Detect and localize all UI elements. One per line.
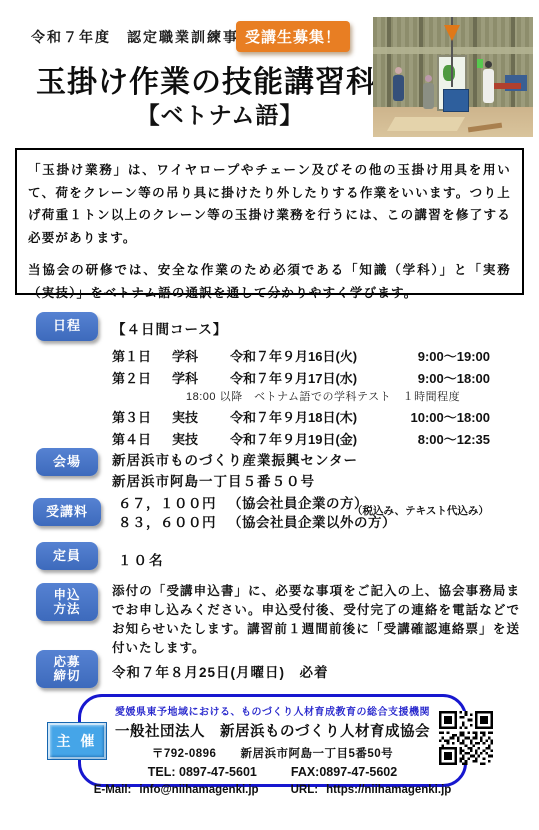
application-label-line1: 申込	[53, 588, 80, 602]
email-label: E-Mail:	[94, 784, 132, 796]
photo-worker-head	[425, 75, 432, 82]
fee-price: ８３，６００円	[118, 511, 228, 531]
website-url[interactable]: https://niihamagenki.jp	[326, 784, 451, 796]
course-title: 【４日間コース】	[112, 318, 227, 338]
recruiting-badge: 受講生募集！	[236, 21, 350, 52]
intro-box: 「玉掛け業務」は、ワイヤロープやチェーン及びその他の玉掛け用具を用いて、荷をクレ…	[15, 148, 524, 295]
photo-crane-hook	[444, 25, 460, 41]
photo-worker-body	[423, 83, 434, 109]
schedule-table: 第１日 学科 令和７年９月16日(火) 9:00～19:00 第２日 学科 令和…	[112, 344, 516, 449]
section-label-schedule: 日程	[36, 312, 98, 341]
capacity-value: １０名	[118, 549, 165, 569]
section-label-deadline: 応募 締切	[36, 650, 98, 688]
application-text: 添付の「受講申込書」に、必要な事項をご記入の上、協会事務局までお申し込みください…	[112, 582, 520, 658]
schedule-time: 10:00～18:00	[394, 407, 490, 426]
intro-paragraph-1: 「玉掛け業務」は、ワイヤロープやチェーン及びその他の玉掛け用具を用いて、荷をクレ…	[28, 159, 511, 249]
page-subtitle-language: 【ベトナム語】	[70, 97, 370, 130]
photo-beam	[511, 17, 515, 109]
photo-worker-body	[393, 75, 404, 101]
tel-fax-line: TEL: 0897-47-5601 FAX:0897-47-5602	[148, 765, 397, 779]
photo-worker-left	[393, 67, 404, 101]
photo-worker-right	[483, 61, 494, 103]
schedule-type: 学科	[172, 368, 230, 387]
schedule-row-2: 第２日 学科 令和７年９月17日(水) 9:00～18:00	[112, 366, 516, 388]
photo-foliage	[443, 65, 455, 81]
photo-worker-body	[483, 69, 494, 103]
schedule-date: 令和７年９月16日(火)	[230, 346, 394, 365]
qr-code-icon	[439, 711, 493, 765]
photo-machine-red	[491, 83, 521, 89]
organizer-info-box: 愛媛県東予地域における、ものづくり人材育成教育の総合支援機関 一般社団法人 新居…	[78, 694, 467, 787]
deadline-label-line1: 応募	[53, 655, 80, 669]
schedule-day: 第１日	[112, 346, 172, 365]
photo-worker-head	[395, 67, 402, 74]
photo-load-box	[443, 89, 469, 112]
section-label-capacity: 定員	[36, 542, 98, 570]
photo-girder	[373, 47, 533, 54]
qr-code-svg	[439, 711, 493, 765]
schedule-row-1: 第１日 学科 令和７年９月16日(火) 9:00～19:00	[112, 344, 516, 366]
schedule-date: 令和７年９月19日(金)	[230, 429, 394, 448]
section-label-venue: 会場	[36, 448, 98, 476]
schedule-type: 実技	[172, 429, 230, 448]
schedule-day: 第４日	[112, 429, 172, 448]
deadline-value: 令和７年８月25日(月曜日) 必着	[112, 661, 329, 681]
fax-number: FAX:0897-47-5602	[291, 765, 397, 779]
organizer-badge: 主 催	[47, 722, 107, 760]
flyer-page: 令和７年度 認定職業訓練事業 受講生募集！ 玉掛け作業の技能講習科 【ベトナム語…	[0, 0, 539, 830]
photo-floor-patch	[387, 117, 465, 131]
schedule-day: 第３日	[112, 407, 172, 426]
schedule-time: 9:00～19:00	[394, 346, 490, 365]
tel-number: TEL: 0897-47-5601	[148, 765, 257, 779]
schedule-test-note: 18:00 以降 ベトナム語での学科テスト １時間程度	[186, 388, 516, 405]
schedule-day: 第２日	[112, 368, 172, 387]
schedule-row-4: 第４日 実技 令和７年９月19日(金) 8:00～12:35	[112, 427, 516, 449]
fee-price: ６７，１００円	[118, 492, 228, 512]
schedule-date: 令和７年９月17日(水)	[230, 368, 394, 387]
organization-address: 〒792-0896 新居浜市阿島一丁目5番50号	[152, 745, 393, 761]
section-label-fee: 受講料	[33, 498, 101, 526]
fee-tax-note: （税込み、テキスト代込み）	[352, 503, 489, 518]
page-title: 玉掛け作業の技能講習科	[36, 57, 377, 101]
footer-tagline: 愛媛県東予地域における、ものづくり人材育成教育の総合支援機関	[115, 703, 430, 718]
deadline-label-line2: 締切	[53, 669, 80, 683]
schedule-date: 令和７年９月18日(木)	[230, 407, 394, 426]
application-label-line2: 方法	[53, 602, 80, 616]
photo-worker-middle	[423, 75, 434, 109]
schedule-time: 9:00～18:00	[394, 368, 490, 387]
workshop-photo	[373, 17, 533, 137]
venue-block: 新居浜市ものづくり産業振興センター 新居浜市阿島一丁目５番５０号	[112, 450, 358, 492]
url-label: URL:	[291, 784, 318, 796]
schedule-row-3: 第３日 実技 令和７年９月18日(木) 10:00～18:00	[112, 405, 516, 427]
intro-paragraph-2: 当協会の研修では、安全な作業のため必須である「知識（学科）」と「実務（実技）」を…	[28, 259, 511, 304]
schedule-time: 8:00～12:35	[394, 429, 490, 448]
venue-name: 新居浜市ものづくり産業振興センター	[112, 450, 358, 471]
venue-address: 新居浜市阿島一丁目５番５０号	[112, 471, 358, 492]
schedule-type: 実技	[172, 407, 230, 426]
organization-name: 一般社団法人 新居浜ものづくり人材育成協会	[115, 720, 430, 741]
email-address[interactable]: info@niihamagenki.jp	[139, 784, 258, 796]
section-label-application: 申込 方法	[36, 583, 98, 621]
photo-beam	[387, 17, 391, 109]
schedule-type: 学科	[172, 346, 230, 365]
program-year-note: 令和７年度 認定職業訓練事業	[31, 27, 255, 47]
photo-worker-head	[485, 61, 492, 68]
email-url-line: E-Mail: info@niihamagenki.jp URL: https:…	[94, 784, 452, 796]
